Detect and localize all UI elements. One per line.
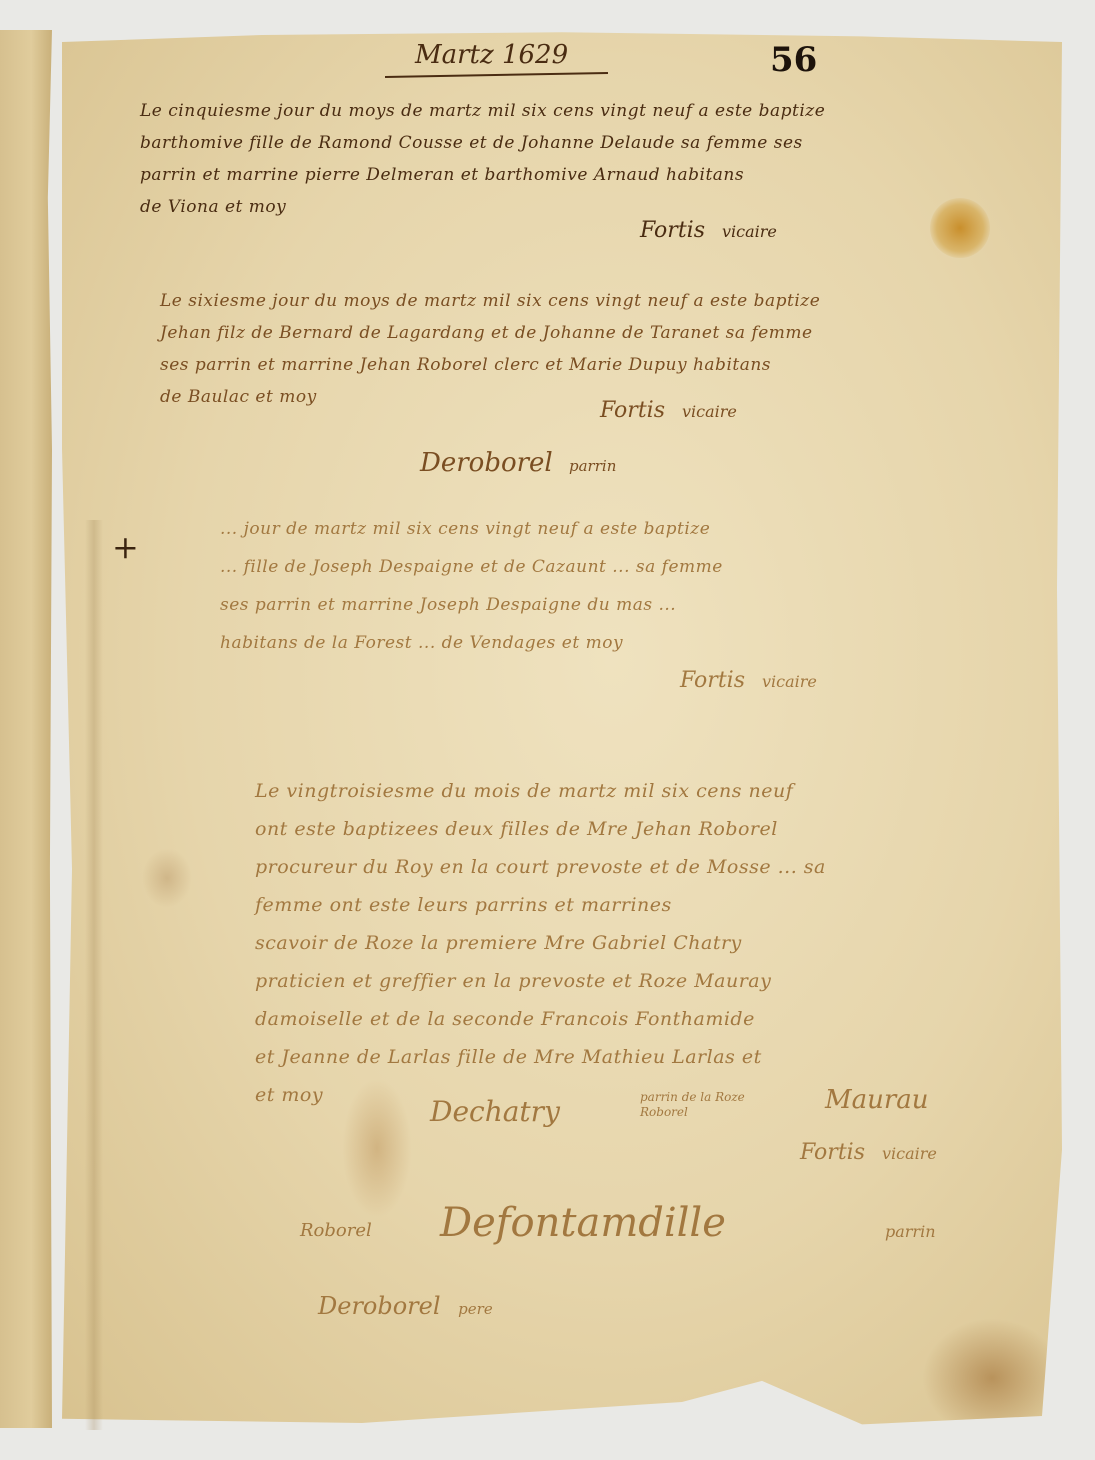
- water-stain: [930, 198, 990, 258]
- signature-name: Fortis: [680, 668, 745, 693]
- signature-note: parrin de la Roze Roborel: [640, 1090, 760, 1120]
- signature-role: pere: [458, 1300, 493, 1318]
- godparent-signature: Deroborel parrin: [420, 448, 616, 478]
- baptism-entry-2: Le sixiesme jour du moys de martz mil si…: [160, 285, 820, 413]
- vicar-signature: Fortis vicaire: [680, 668, 817, 693]
- water-stain: [922, 1318, 1062, 1438]
- signature-role: parrin: [569, 457, 616, 475]
- signature-title: vicaire: [882, 1144, 937, 1163]
- vicar-signature: Fortis vicaire: [600, 398, 737, 423]
- signature-dechatry: Dechatry: [430, 1095, 560, 1128]
- signature-title: vicaire: [682, 402, 737, 421]
- folio-number: 56: [770, 40, 817, 80]
- adjacent-page-fragment: [0, 30, 52, 1428]
- entry-line: Le vingtroisiesme du mois de martz mil s…: [255, 772, 826, 810]
- entry-line: ont este baptizees deux filles de Mre Je…: [255, 810, 826, 848]
- entry-line: habitans de la Forest ... de Vendages et…: [220, 624, 723, 662]
- baptism-entry-4: Le vingtroisiesme du mois de martz mil s…: [255, 772, 826, 1114]
- vicar-signature: Fortis vicaire: [640, 218, 777, 243]
- water-stain: [142, 848, 192, 908]
- baptism-entry-3: ... jour de martz mil six cens vingt neu…: [220, 510, 723, 662]
- signature-name: Fortis: [800, 1140, 865, 1165]
- entry-line: scavoir de Roze la premiere Mre Gabriel …: [255, 924, 826, 962]
- entry-line: ses parrin et marrine Jehan Roborel cler…: [160, 349, 820, 381]
- signature-title: vicaire: [762, 672, 817, 691]
- entry-line: ... fille de Joseph Despaigne et de Caza…: [220, 548, 723, 586]
- signature-maurau: Maurau: [825, 1085, 929, 1115]
- entry-line: praticien et greffier en la prevoste et …: [255, 962, 826, 1000]
- entry-line: ... jour de martz mil six cens vingt neu…: [220, 510, 723, 548]
- entry-line: damoiselle et de la seconde Francois Fon…: [255, 1000, 826, 1038]
- signature-title: vicaire: [722, 222, 777, 241]
- signature-deroborel: Deroborel pere: [318, 1292, 493, 1320]
- signature-name: Fortis: [640, 218, 705, 243]
- entry-line: Jehan filz de Bernard de Lagardang et de…: [160, 317, 820, 349]
- signature-name: Deroborel: [318, 1292, 441, 1320]
- entry-line: Le sixiesme jour du moys de martz mil si…: [160, 285, 820, 317]
- page-fold: [85, 520, 103, 1430]
- entry-line: Le cinquiesme jour du moys de martz mil …: [140, 95, 825, 127]
- entry-line: barthomive fille de Ramond Cousse et de …: [140, 127, 825, 159]
- signature-name: Fortis: [600, 398, 665, 423]
- signature-defontamdille: Defontamdille: [440, 1200, 726, 1246]
- entry-line: procureur du Roy en la court prevoste et…: [255, 848, 826, 886]
- signature-name: Dechatry: [430, 1095, 560, 1128]
- vicar-signature: Fortis vicaire: [800, 1140, 937, 1165]
- signature-role-parrin: parrin: [885, 1222, 936, 1241]
- entry-line: parrin et marrine pierre Delmeran et bar…: [140, 159, 825, 191]
- signature-name: Deroborel: [420, 448, 553, 478]
- baptism-entry-1: Le cinquiesme jour du moys de martz mil …: [140, 95, 825, 223]
- margin-cross: +: [112, 528, 139, 566]
- entry-line: ses parrin et marrine Joseph Despaigne d…: [220, 586, 723, 624]
- entry-line: femme ont este leurs parrins et marrines: [255, 886, 826, 924]
- signature-name: Defontamdille: [440, 1200, 726, 1246]
- entry-line: et Jeanne de Larlas fille de Mre Mathieu…: [255, 1038, 826, 1076]
- signature-roborel: Roborel: [300, 1220, 372, 1241]
- month-year-heading: Martz 1629: [415, 40, 568, 70]
